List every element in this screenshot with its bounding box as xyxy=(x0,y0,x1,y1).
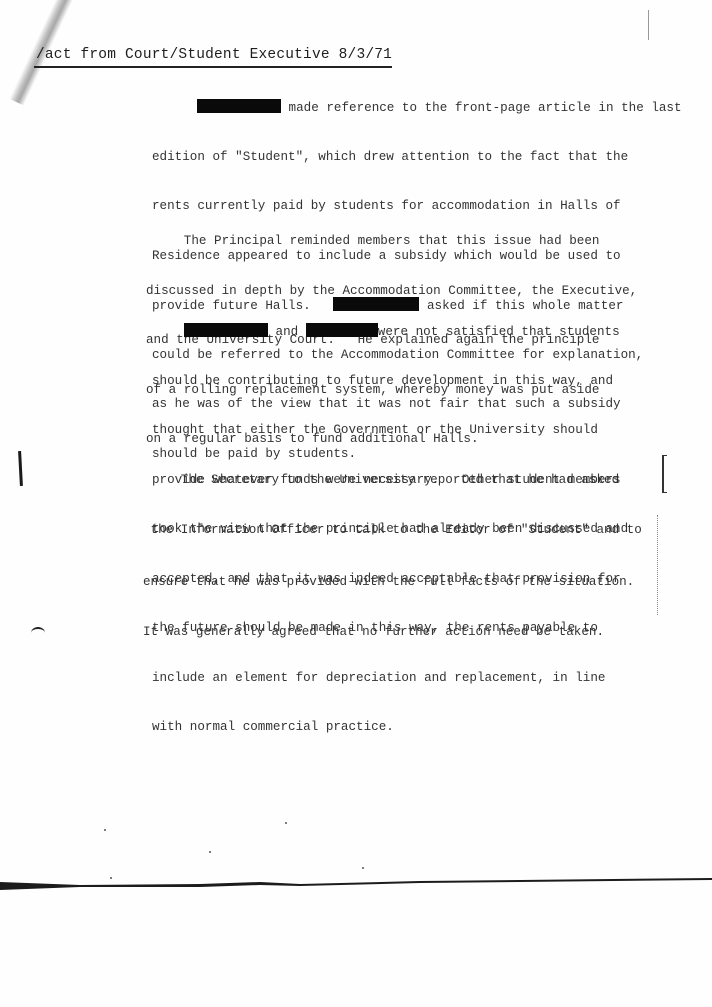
text-line: should be contributing to future develop… xyxy=(152,373,672,390)
text-line: edition of "Student", which drew attenti… xyxy=(152,149,672,166)
redaction-block xyxy=(184,323,268,337)
text-line: ensure that he was provided with the ful… xyxy=(143,574,663,591)
text-line: It was generally agreed that no further … xyxy=(143,624,663,641)
document-header: /act from Court/Student Executive 8/3/71 xyxy=(36,47,392,63)
scanned-page: /act from Court/Student Executive 8/3/71… xyxy=(0,0,712,1007)
text-line: The Secretary to the University reported… xyxy=(143,472,663,489)
text-line: the Information Officer to talk to the E… xyxy=(143,522,663,539)
margin-mark xyxy=(18,451,23,486)
text-line: with normal commercial practice. xyxy=(152,719,672,736)
speck xyxy=(362,867,364,869)
speck xyxy=(104,829,106,831)
line-text: were not satisfied that students xyxy=(378,325,620,339)
page-bottom-edge xyxy=(0,876,712,890)
speck xyxy=(209,851,211,853)
punch-hole-mark xyxy=(31,627,45,639)
margin-mark xyxy=(648,10,649,40)
line-text: and xyxy=(268,325,306,339)
text-line: thought that either the Government or th… xyxy=(152,422,672,439)
speck xyxy=(285,822,287,824)
redaction-block xyxy=(306,323,378,337)
margin-bracket-mark xyxy=(662,455,667,493)
text-line: and were not satisfied that students xyxy=(152,323,672,340)
paragraph-4: The Secretary to the University reported… xyxy=(143,439,663,673)
text-line: made reference to the front-page article… xyxy=(152,99,672,116)
margin-dotted-mark xyxy=(657,515,658,615)
line-text: made reference to the front-page article… xyxy=(281,101,682,115)
redaction-block xyxy=(197,99,281,113)
text-line: The Principal reminded members that this… xyxy=(146,233,666,250)
